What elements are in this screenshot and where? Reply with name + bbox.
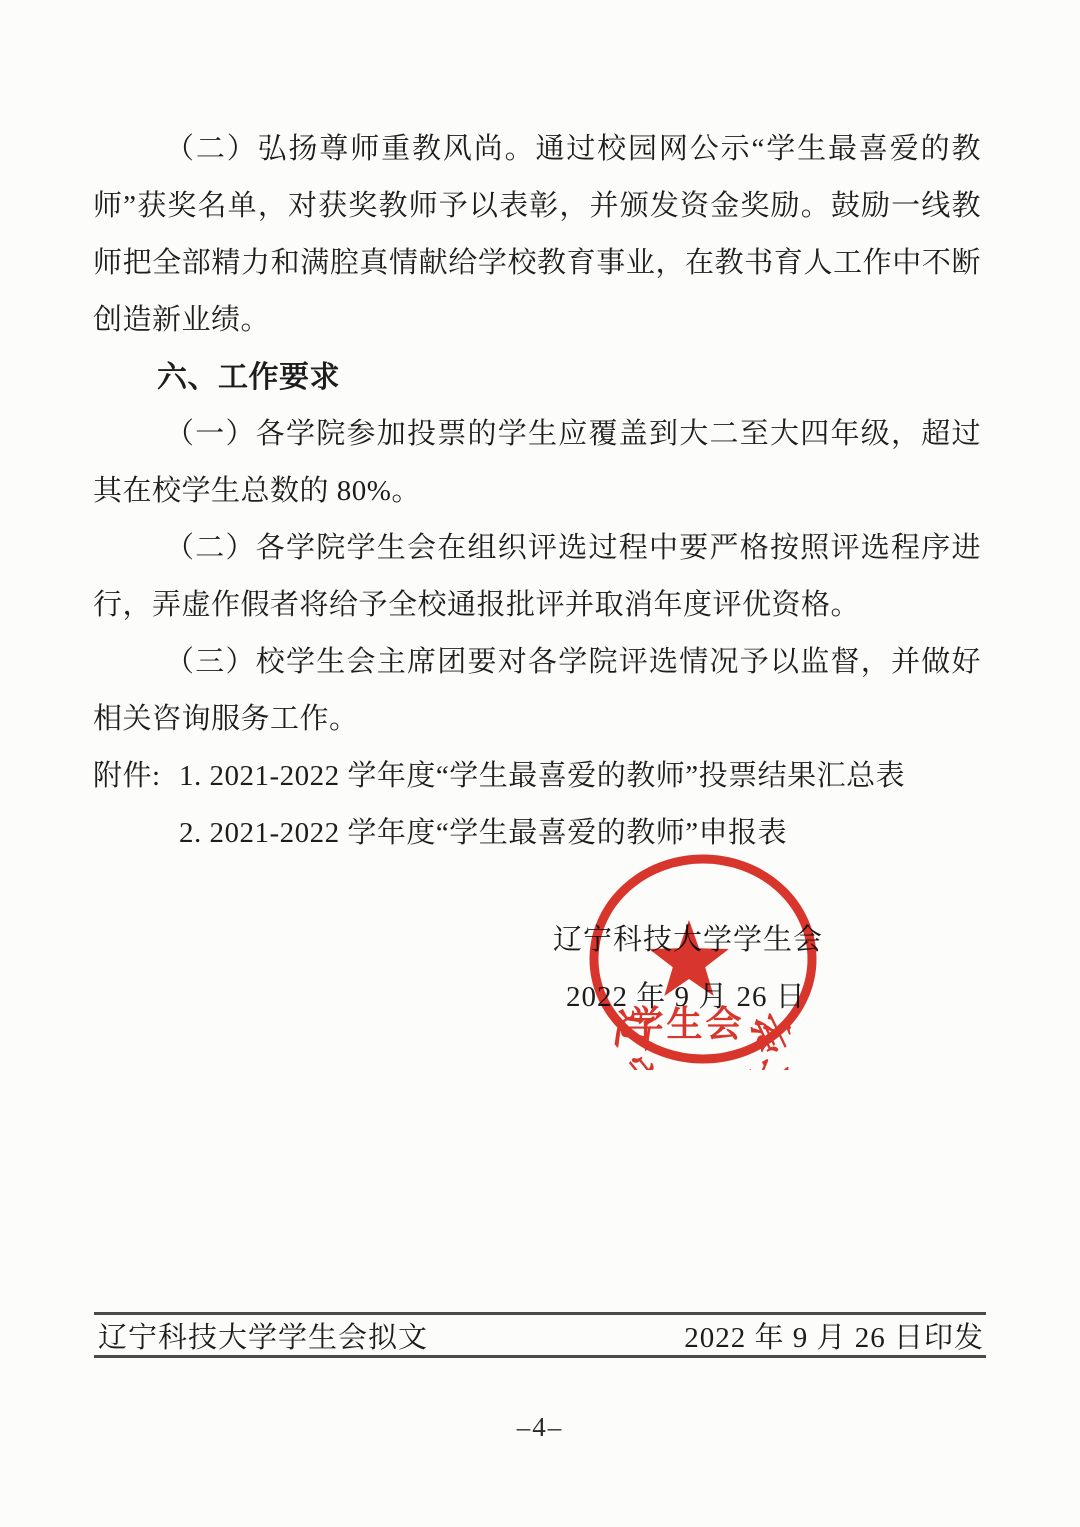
attachment-item: 2. 2021-2022 学年度“学生最喜爱的教师”申报表: [179, 805, 981, 862]
section-heading: 六、工作要求: [93, 349, 981, 406]
body-paragraph: （二）弘扬尊师重教风尚。通过校园网公示“学生最喜爱的教师”获奖名单，对获奖教师予…: [93, 121, 981, 349]
document-body: （二）弘扬尊师重教风尚。通过校园网公示“学生最喜爱的教师”获奖名单，对获奖教师予…: [93, 121, 981, 862]
official-seal: 辽宁科技大学 学生会: [586, 852, 820, 1070]
document-page: （二）弘扬尊师重教风尚。通过校园网公示“学生最喜爱的教师”获奖名单，对获奖教师予…: [0, 0, 1080, 1527]
seal-bottom-text: 学生会: [627, 1004, 744, 1044]
seal-star-icon: [649, 920, 729, 996]
attachments-block: 附件: 1. 2021-2022 学年度“学生最喜爱的教师”投票结果汇总表 2.…: [93, 748, 981, 862]
body-paragraph: （二）各学院学生会在组织评选过程中要严格按照评选程序进行，弄虚作假者将给予全校通…: [93, 520, 981, 634]
attachments-label: 附件:: [93, 748, 179, 862]
body-paragraph: （三）校学生会主席团要对各学院评选情况予以监督，并做好相关咨询服务工作。: [93, 634, 981, 748]
colophon-print-date: 2022 年 9 月 26 日印发: [684, 1315, 984, 1356]
attachments-list: 1. 2021-2022 学年度“学生最喜爱的教师”投票结果汇总表 2. 202…: [179, 748, 981, 862]
attachment-item: 1. 2021-2022 学年度“学生最喜爱的教师”投票结果汇总表: [179, 748, 981, 805]
colophon-drafter: 辽宁科技大学学生会拟文: [98, 1315, 428, 1356]
colophon-bar: 辽宁科技大学学生会拟文 2022 年 9 月 26 日印发: [94, 1312, 986, 1358]
page-number: –4–: [0, 1412, 1080, 1443]
body-paragraph: （一）各学院参加投票的学生应覆盖到大二至大四年级，超过其在校学生总数的 80%。: [93, 406, 981, 520]
